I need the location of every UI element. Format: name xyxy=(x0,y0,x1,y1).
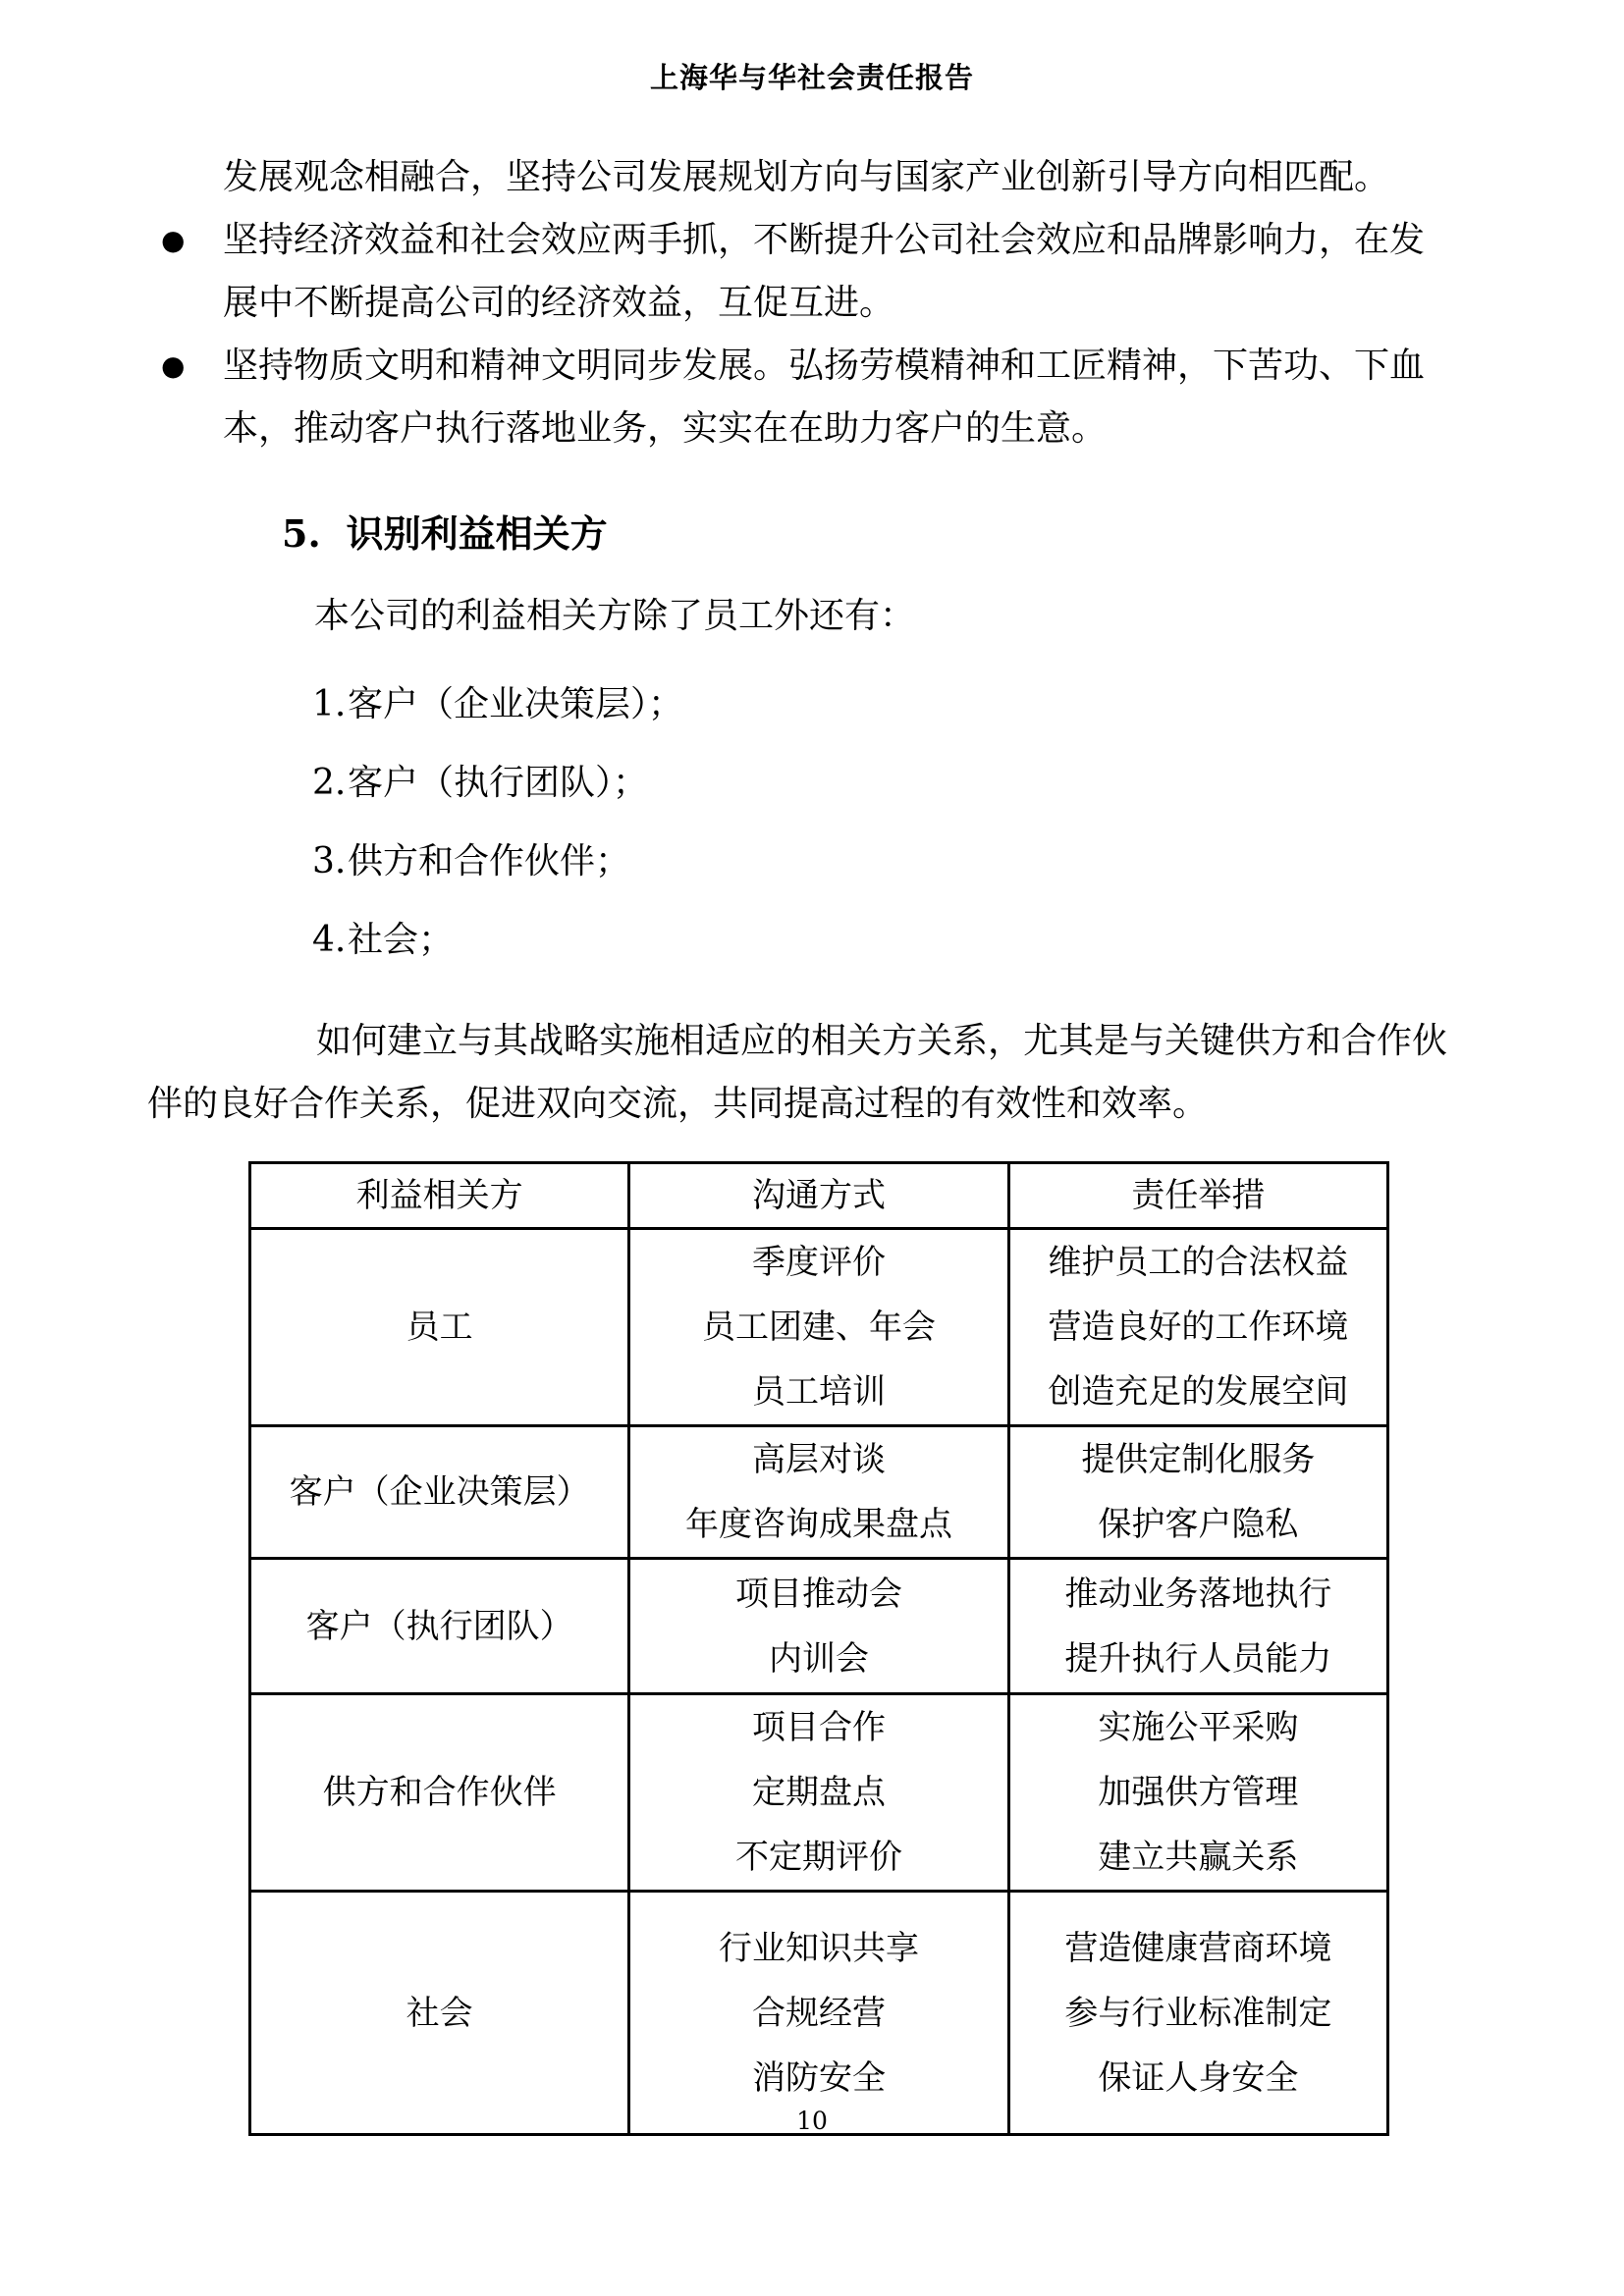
measures-cell: 实施公平采购加强供方管理建立共赢关系 xyxy=(1008,1694,1387,1892)
column-header-communication: 沟通方式 xyxy=(629,1163,1008,1229)
measures-cell: 维护员工的合法权益营造良好的工作环境创造充足的发展空间 xyxy=(1008,1229,1387,1426)
communication-cell: 项目合作定期盘点不定期评价 xyxy=(629,1694,1008,1892)
stakeholder-cell: 员工 xyxy=(250,1229,629,1426)
stakeholder-list: 1. 客户（企业决策层）； 2. 客户（执行团队）； 3. 供方和合作伙伴； 4… xyxy=(312,673,1453,972)
stakeholder-cell: 客户（执行团队） xyxy=(250,1559,629,1694)
table-row: 员工 季度评价员工团建、年会员工培训 维护员工的合法权益营造良好的工作环境创造充… xyxy=(250,1229,1388,1426)
document-body: 发展观念相融合，坚持公司发展规划方向与国家产业创新引导方向相匹配。 ● 坚持经济… xyxy=(147,0,1453,2136)
list-item: 3. 供方和合作伙伴； xyxy=(312,830,1453,893)
measures-cell: 提供定制化服务保护客户隐私 xyxy=(1008,1426,1387,1559)
communication-cell: 高层对谈年度咨询成果盘点 xyxy=(629,1426,1008,1559)
paragraph-line: 如何建立与其战略实施相适应的相关方关系，尤其是与关键供方和合作伙 xyxy=(147,1010,1453,1073)
closing-paragraph: 如何建立与其战略实施相适应的相关方关系，尤其是与关键供方和合作伙 伴的良好合作关… xyxy=(147,1010,1453,1136)
section-heading: 5. 识别利益相关方 xyxy=(282,503,1453,565)
table-row: 社会 行业知识共享合规经营消防安全 营造健康营商环境参与行业标准制定保证人身安全 xyxy=(250,1892,1388,2135)
section-title: 识别利益相关方 xyxy=(347,503,608,565)
list-item: 4. 社会； xyxy=(312,909,1453,972)
paragraph-line: 伴的良好合作关系，促进双向交流，共同提高过程的有效性和效率。 xyxy=(147,1073,1453,1136)
stakeholder-cell: 供方和合作伙伴 xyxy=(250,1694,629,1892)
list-item-text: 客户（执行团队）； xyxy=(348,752,648,815)
bullet-icon: ● xyxy=(161,335,185,398)
measures-cell: 营造健康营商环境参与行业标准制定保证人身安全 xyxy=(1008,1892,1387,2135)
continuation-line: 发展观念相融合，坚持公司发展规划方向与国家产业创新引导方向相匹配。 xyxy=(147,146,1453,209)
list-item-text: 客户（企业决策层）； xyxy=(348,673,683,736)
column-header-measures: 责任举措 xyxy=(1008,1163,1387,1229)
list-item: 1. 客户（企业决策层）； xyxy=(312,673,1453,736)
table-row: 客户（执行团队） 项目推动会内训会 推动业务落地执行提升执行人员能力 xyxy=(250,1559,1388,1694)
list-item-text: 社会； xyxy=(348,909,454,972)
page-number: 10 xyxy=(0,2107,1624,2136)
list-item-text: 供方和合作伙伴； xyxy=(348,830,630,893)
bullet-item: ● 坚持经济效益和社会效应两手抓，不断提升公司社会效应和品牌影响力，在发展中不断… xyxy=(147,209,1453,335)
list-item: 2. 客户（执行团队）； xyxy=(312,752,1453,815)
table-row: 客户（企业决策层） 高层对谈年度咨询成果盘点 提供定制化服务保护客户隐私 xyxy=(250,1426,1388,1559)
table-row: 供方和合作伙伴 项目合作定期盘点不定期评价 实施公平采购加强供方管理建立共赢关系 xyxy=(250,1694,1388,1892)
table-header-row: 利益相关方 沟通方式 责任举措 xyxy=(250,1163,1388,1229)
column-header-stakeholder: 利益相关方 xyxy=(250,1163,629,1229)
list-item-number: 4. xyxy=(312,909,348,972)
communication-cell: 行业知识共享合规经营消防安全 xyxy=(629,1892,1008,2135)
bullet-text: 坚持经济效益和社会效应两手抓，不断提升公司社会效应和品牌影响力，在发展中不断提高… xyxy=(223,209,1453,335)
lead-paragraph: 本公司的利益相关方除了员工外还有： xyxy=(314,585,1453,648)
document-page: 上海华与华社会责任报告 发展观念相融合，坚持公司发展规划方向与国家产业创新引导方… xyxy=(0,0,1624,2296)
list-item-number: 2. xyxy=(312,752,348,815)
stakeholder-cell: 社会 xyxy=(250,1892,629,2135)
communication-cell: 项目推动会内训会 xyxy=(629,1559,1008,1694)
stakeholder-cell: 客户（企业决策层） xyxy=(250,1426,629,1559)
communication-cell: 季度评价员工团建、年会员工培训 xyxy=(629,1229,1008,1426)
measures-cell: 推动业务落地执行提升执行人员能力 xyxy=(1008,1559,1387,1694)
bullet-text: 坚持物质文明和精神文明同步发展。弘扬劳模精神和工匠精神，下苦功、下血本，推动客户… xyxy=(223,335,1453,460)
bullet-icon: ● xyxy=(161,209,185,272)
bullet-item: ● 坚持物质文明和精神文明同步发展。弘扬劳模精神和工匠精神，下苦功、下血本，推动… xyxy=(147,335,1453,460)
list-item-number: 1. xyxy=(312,673,348,736)
list-item-number: 3. xyxy=(312,830,348,893)
stakeholder-table: 利益相关方 沟通方式 责任举措 员工 季度评价员工团建、年会员工培训 维护员工的… xyxy=(248,1161,1389,2136)
section-number: 5. xyxy=(282,503,321,565)
